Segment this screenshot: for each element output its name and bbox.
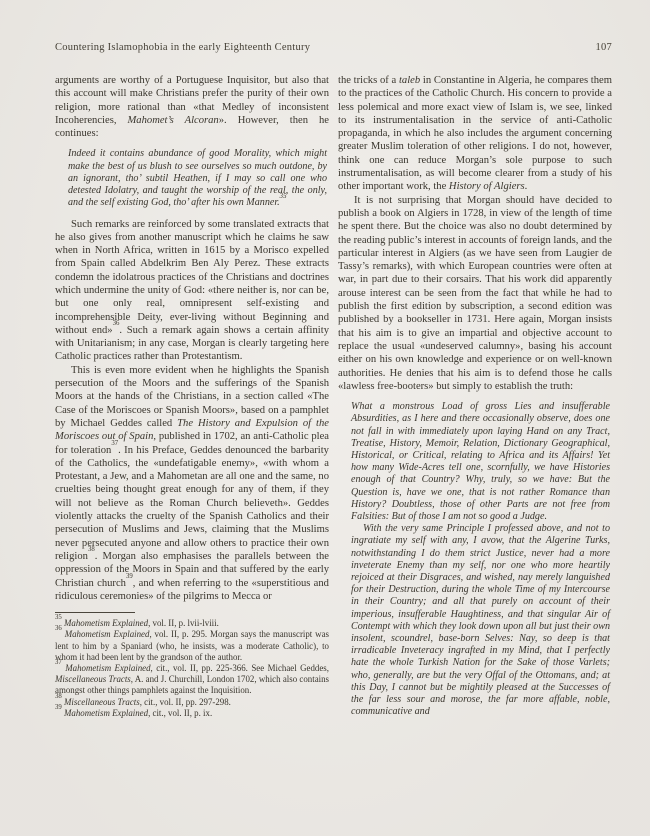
- text-run: the tricks of a: [338, 75, 399, 86]
- text-run: .: [525, 181, 528, 192]
- page-number: 107: [596, 42, 613, 53]
- italic-text: Mahometism Explained: [65, 629, 150, 639]
- italic-text: Mahometism Explained: [64, 618, 148, 628]
- footnote-list: 35 Mahometism Explained, vol. II, p. lvi…: [55, 618, 329, 719]
- right-column-text: the tricks of a taleb in Constantine in …: [338, 74, 612, 718]
- book-page: Countering Islamophobia in the early Eig…: [0, 0, 650, 836]
- body-paragraph: Such remarks are reinforced by some tran…: [55, 218, 329, 364]
- page-header: Countering Islamophobia in the early Eig…: [55, 42, 612, 53]
- footnote-item: 38 Miscellaneous Tracts, cit., vol. II, …: [55, 697, 329, 708]
- italic-text: Miscellaneous Tracts: [55, 674, 131, 684]
- body-paragraph: This is even more evident when he highli…: [55, 364, 329, 603]
- body-paragraph: the tricks of a taleb in Constantine in …: [338, 74, 612, 194]
- text-run: With the very same Principle I professed…: [351, 523, 610, 717]
- footnote-item: 39 Mahometism Explained, cit., vol. II, …: [55, 708, 329, 719]
- footnote-ref: 37: [111, 440, 118, 447]
- footnote-ref: 38: [88, 546, 95, 553]
- block-quote: Indeed it contains abundance of good Mor…: [68, 148, 327, 209]
- footnote-ref: 36: [55, 625, 62, 632]
- footnote-item: 35 Mahometism Explained, vol. II, p. lvi…: [55, 618, 329, 629]
- footnote-ref: 37: [55, 659, 62, 666]
- text-run: . In his Preface, Geddes denounced the b…: [55, 445, 329, 562]
- right-column: the tricks of a taleb in Constantine in …: [338, 74, 612, 719]
- footnote-separator: [55, 612, 135, 613]
- footnote-ref: 35: [280, 193, 287, 200]
- body-paragraph: It is not surprising that Morgan should …: [338, 194, 612, 393]
- italic-text: taleb: [399, 75, 420, 86]
- footnote-ref: 35: [55, 614, 62, 621]
- text-run: , cit., vol. II, p. ix.: [148, 708, 212, 718]
- italic-text: Mahometism Explained: [64, 708, 148, 718]
- left-column: arguments are worthy of a Portuguese Inq…: [55, 74, 329, 719]
- footnote-ref: 39: [55, 704, 62, 711]
- running-title: Countering Islamophobia in the early Eig…: [55, 42, 310, 53]
- text-columns: arguments are worthy of a Portuguese Inq…: [55, 74, 612, 719]
- footnote-ref: 38: [55, 693, 62, 700]
- text-run: What a monstrous Load of gross Lies and …: [351, 401, 610, 522]
- italic-text: Miscellaneous Tracts: [64, 697, 140, 707]
- footnote-item: 36 Mahometism Explained, vol. II, p. 295…: [55, 629, 329, 663]
- block-quote: With the very same Principle I professed…: [351, 523, 610, 718]
- text-run: in Constantine in Algeria, he compares t…: [338, 75, 612, 192]
- block-quote: What a monstrous Load of gross Lies and …: [351, 401, 610, 523]
- footnote-ref: 39: [126, 573, 133, 580]
- italic-text: Mahometism Explained: [65, 663, 150, 673]
- text-run: , cit., vol. II, pp. 225-366. See Michae…: [151, 663, 329, 673]
- text-run: Such remarks are reinforced by some tran…: [55, 219, 329, 336]
- left-column-text: arguments are worthy of a Portuguese Inq…: [55, 74, 329, 603]
- italic-text: History of Algiers: [449, 181, 525, 192]
- text-run: Indeed it contains abundance of good Mor…: [68, 148, 327, 208]
- text-run: , cit., vol. II, pp. 297-298.: [140, 697, 231, 707]
- italic-text: Mahomet’s Alcoran: [127, 115, 218, 126]
- footnote-item: 37 Mahometism Explained, cit., vol. II, …: [55, 663, 329, 697]
- footnote-ref: 36: [113, 320, 120, 327]
- text-run: It is not surprising that Morgan should …: [338, 195, 612, 392]
- text-run: , vol. II, p. lvii-lviii.: [148, 618, 219, 628]
- footnotes-section: 35 Mahometism Explained, vol. II, p. lvi…: [55, 612, 329, 719]
- body-paragraph: arguments are worthy of a Portuguese Inq…: [55, 74, 329, 140]
